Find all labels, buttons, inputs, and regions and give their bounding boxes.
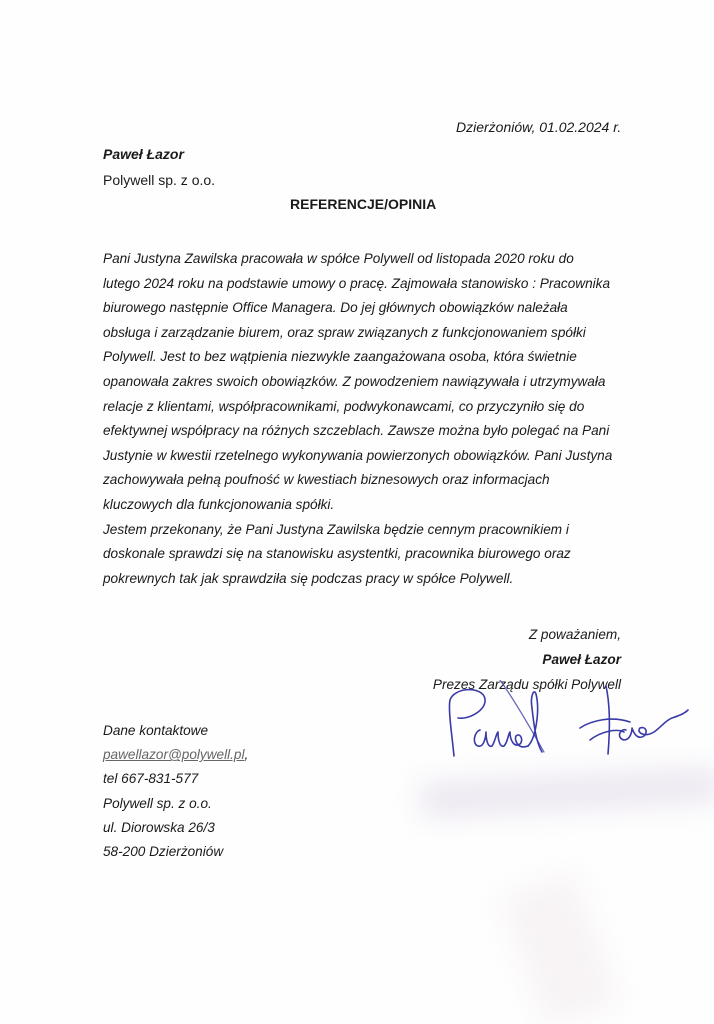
contact-street: ul. Diorowska 26/3: [103, 816, 248, 840]
handwritten-signature: [440, 680, 690, 770]
body-line: pokrewnych tak jak sprawdziła się podcza…: [103, 567, 612, 592]
contact-phone: tel 667-831-577: [103, 767, 248, 791]
body-line: lutego 2024 roku na podstawie umowy o pr…: [103, 272, 612, 297]
sender-name: Paweł Łazor: [103, 146, 184, 162]
contact-heading: Dane kontaktowe: [103, 719, 248, 743]
document-title: REFERENCJE/OPINIA: [290, 196, 436, 212]
contact-city: 58-200 Dzierżoniów: [103, 840, 248, 864]
body-line: doskonale sprawdzi się na stanowisku asy…: [103, 542, 612, 567]
body-line: zachowywała pełną poufność w kwestiach b…: [103, 468, 612, 493]
place-date: Dzierżoniów, 01.02.2024 r.: [456, 119, 621, 135]
contact-company: Polywell sp. z o.o.: [103, 792, 248, 816]
body-line: efektywnej współpracy na różnych szczebl…: [103, 419, 612, 444]
body-line: Pani Justyna Zawilska pracowała w spółce…: [103, 247, 612, 272]
body-line: kluczowych dla funkcjonowania spółki.: [103, 493, 612, 518]
contact-email-link[interactable]: pawellazor@polywell.pl: [103, 747, 245, 762]
body-line: relacje z klientami, współpracownikami, …: [103, 395, 612, 420]
contact-email-line: pawellazor@polywell.pl,: [103, 743, 248, 767]
email-suffix: ,: [245, 747, 249, 762]
body-line: Justynie w kwestii rzetelnego wykonywani…: [103, 444, 612, 469]
body-line: obsługa i zarządzanie biurem, oraz spraw…: [103, 321, 612, 346]
body-line: biurowego następnie Office Managera. Do …: [103, 296, 612, 321]
body-line: Polywell. Jest to bez wątpienia niezwykl…: [103, 345, 612, 370]
letter-page: Dzierżoniów, 01.02.2024 r. Paweł Łazor P…: [0, 0, 714, 1024]
closing-salutation: Z poważaniem,: [433, 622, 621, 647]
closing-name: Paweł Łazor: [433, 647, 621, 672]
sender-company: Polywell sp. z o.o.: [103, 172, 215, 188]
scan-smudge: [498, 871, 621, 1024]
body-line: Jestem przekonany, że Pani Justyna Zawil…: [103, 518, 612, 543]
letter-body: Pani Justyna Zawilska pracowała w spółce…: [103, 247, 612, 591]
body-line: opanowała zakres swoich obowiązków. Z po…: [103, 370, 612, 395]
contact-block: Dane kontaktowe pawellazor@polywell.pl, …: [103, 719, 248, 864]
scan-smudge: [419, 767, 714, 818]
